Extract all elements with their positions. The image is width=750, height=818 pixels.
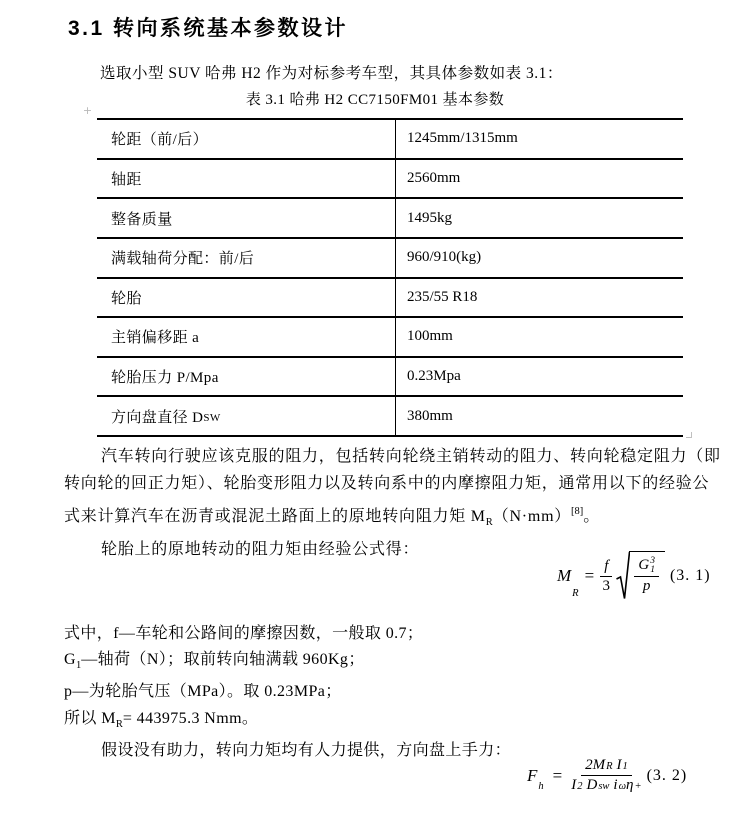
row-label: 轮胎压力 P/Mpa	[97, 358, 395, 396]
math-subscript: 1	[650, 566, 655, 575]
row-value: 1245mm/1315mm	[395, 120, 683, 158]
math-variable: I	[616, 757, 621, 774]
row-label: 轴距	[97, 160, 395, 198]
row-value: 0.23Mpa	[395, 358, 683, 396]
table-row: 整备质量 1495kg	[97, 199, 683, 239]
row-label: 轮胎	[97, 279, 395, 317]
math-variable: M	[557, 566, 571, 586]
equals-sign: =	[553, 766, 563, 786]
fraction: G 3 1 p	[634, 557, 659, 595]
citation-superscript: [8]	[571, 506, 583, 517]
math-subscript: R	[572, 588, 578, 599]
math-variable: D	[586, 777, 597, 794]
parameters-table: 轮距（前/后） 1245mm/1315mm 轴距 2560mm 整备质量 149…	[97, 118, 683, 437]
row-label: 轮距（前/后）	[97, 120, 395, 158]
table-row: 轴距 2560mm	[97, 160, 683, 200]
row-value: 2560mm	[395, 160, 683, 198]
intro-paragraph: 选取小型 SUV 哈弗 H2 作为对标参考车型，其具体参数如表 3.1：	[100, 61, 563, 83]
notes-line: 假设没有助力，转向力矩均有人力提供，方向盘上手力：	[64, 738, 511, 764]
math-subscript: 2	[577, 781, 582, 792]
fraction-denominator: p	[643, 577, 651, 595]
table-row: 轮胎压力 P/Mpa 0.23Mpa	[97, 358, 683, 398]
row-label: 方向盘直径 DSW	[97, 397, 395, 435]
paragraph-line: 转向轮的回正力矩）、轮胎变形阻力以及转向系中的内摩擦阻力矩，通常用以下的经验公	[64, 470, 710, 497]
table-row: 方向盘直径 DSW 380mm	[97, 397, 683, 437]
notes-block: 式中，f—车轮和公路间的摩擦因数，一般取 0.7； G1—轴荷（N）；取前转向轴…	[64, 621, 511, 764]
math-variable: G	[638, 557, 649, 574]
row-label-text: 方向盘直径 D	[111, 406, 203, 427]
table-row: 轮距（前/后） 1245mm/1315mm	[97, 120, 683, 160]
mr-subscript: R	[116, 719, 123, 730]
math-subscript: R	[606, 761, 612, 772]
radicand: G 3 1 p	[629, 551, 665, 595]
table-resize-handle-icon[interactable]	[686, 432, 692, 438]
formula-3-2: Fh = 2MRI1 I2Dswiωη+ (3. 2)	[527, 757, 687, 794]
notes-line: G1—轴荷（N）；取前转向轴满载 960Kg；	[64, 647, 511, 679]
table-row: 轮胎 235/55 R18	[97, 279, 683, 319]
fraction: 2MRI1 I2Dswiωη+	[571, 757, 641, 794]
fraction-numerator: 2MRI1	[581, 757, 632, 776]
row-value: 960/910(kg)	[395, 239, 683, 277]
math-variable: I	[571, 777, 576, 794]
paragraph-line: 汽车转向行驶应该克服的阻力，包括转向轮绕主销转动的阻力、转向轮稳定阻力（即	[64, 443, 710, 470]
row-value: 100mm	[395, 318, 683, 356]
notes-text: = 443975.3 Nmm。	[123, 710, 258, 727]
equals-sign: =	[585, 566, 595, 586]
fraction-denominator: 3	[603, 577, 611, 595]
notes-text: 所以 M	[64, 710, 116, 727]
math-subscript: ω	[619, 781, 626, 792]
paragraph-line: 式来计算汽车在沥青或混泥土路面上的原地转向阻力矩 MR（N·mm）[8]。	[64, 498, 710, 536]
document-page: 3.1 转向系统基本参数设计 选取小型 SUV 哈弗 H2 作为对标参考车型，其…	[0, 0, 750, 818]
formula-3-1: MR = f 3 G 3 1 p	[557, 551, 711, 601]
table-row: 满载轴荷分配：前/后 960/910(kg)	[97, 239, 683, 279]
notes-line: p—为轮胎气压（MPa）。取 0.23MPa；	[64, 679, 511, 705]
math-variable: η	[626, 777, 633, 794]
math-subscript: sw	[598, 781, 609, 792]
mr-subscript: R	[486, 517, 493, 528]
math-subscript: +	[634, 781, 641, 792]
table-move-handle-icon[interactable]: +	[82, 105, 93, 116]
equation-number: (3. 2)	[647, 767, 688, 785]
row-value: 1495kg	[395, 199, 683, 237]
body-paragraph: 汽车转向行驶应该克服的阻力，包括转向轮绕主销转动的阻力、转向轮稳定阻力（即 转向…	[64, 443, 710, 563]
radical-icon	[616, 551, 630, 601]
math-variable: i	[613, 777, 617, 794]
math-variable: 2M	[585, 757, 605, 774]
row-label-subscript: SW	[203, 412, 220, 424]
notes-line: 所以 MR= 443975.3 Nmm。	[64, 706, 511, 738]
square-root: G 3 1 p	[616, 551, 665, 601]
fraction-numerator: f	[600, 558, 612, 577]
math-subscript: h	[538, 781, 543, 792]
math-variable: F	[527, 766, 537, 786]
row-label: 满载轴荷分配：前/后	[97, 239, 395, 277]
paragraph-text: 式来计算汽车在沥青或混泥土路面上的原地转向阻力矩 M	[64, 508, 486, 525]
section-heading: 3.1 转向系统基本参数设计	[68, 12, 348, 42]
equation-number: (3. 1)	[670, 567, 711, 585]
stacked-scripts: 3 1	[650, 557, 655, 575]
fraction-denominator: I2Dswiωη+	[571, 776, 641, 794]
paragraph-text: 。	[583, 508, 600, 525]
row-label: 整备质量	[97, 199, 395, 237]
row-value: 380mm	[395, 397, 683, 435]
fraction: f 3	[600, 558, 612, 595]
math-subscript: 1	[622, 761, 627, 772]
table-row: 主销偏移距 a 100mm	[97, 318, 683, 358]
notes-text: G	[64, 651, 76, 668]
table-caption: 表 3.1 哈弗 H2 CC7150FM01 基本参数	[0, 88, 750, 109]
notes-text: —轴荷（N）；取前转向轴满载 960Kg；	[81, 651, 365, 668]
row-value: 235/55 R18	[395, 279, 683, 317]
paragraph-text: （N·mm）	[493, 508, 571, 525]
notes-line: 式中，f—车轮和公路间的摩擦因数，一般取 0.7；	[64, 621, 511, 647]
row-label: 主销偏移距 a	[97, 318, 395, 356]
fraction-numerator: G 3 1	[634, 557, 659, 577]
